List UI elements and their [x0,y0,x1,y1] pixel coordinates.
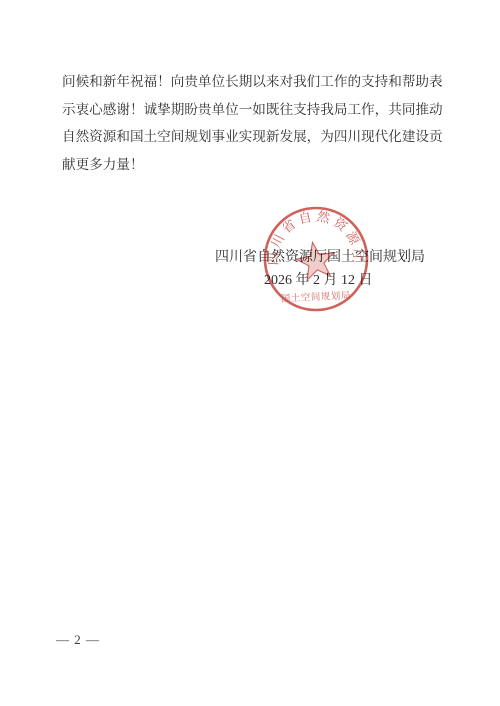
body-line-3: 自然资源和国土空间规划事业实现新发展，为四川现代化建设贡 [62,123,444,151]
body-line-1: 问候和新年祝福！向贵单位长期以来对我们工作的支持和帮助表 [62,68,444,96]
seal-group: 四川省自然资源厅 国土空间规划局 [265,208,367,310]
star-icon [296,242,334,280]
body-line-2: 示衷心感谢！诚挚期盼贵单位一如既往支持我局工作，共同推动 [62,96,444,124]
letter-page: 问候和新年祝福！向贵单位长期以来对我们工作的支持和帮助表 示衷心感谢！诚挚期盼贵… [0,0,500,706]
page-number: — 2 — [56,632,100,648]
body-line-4: 献更多力量！ [62,151,444,179]
official-seal-icon: 四川省自然资源厅 国土空间规划局 [261,204,371,314]
letter-body: 问候和新年祝福！向贵单位长期以来对我们工作的支持和帮助表 示衷心感谢！诚挚期盼贵… [62,68,444,178]
